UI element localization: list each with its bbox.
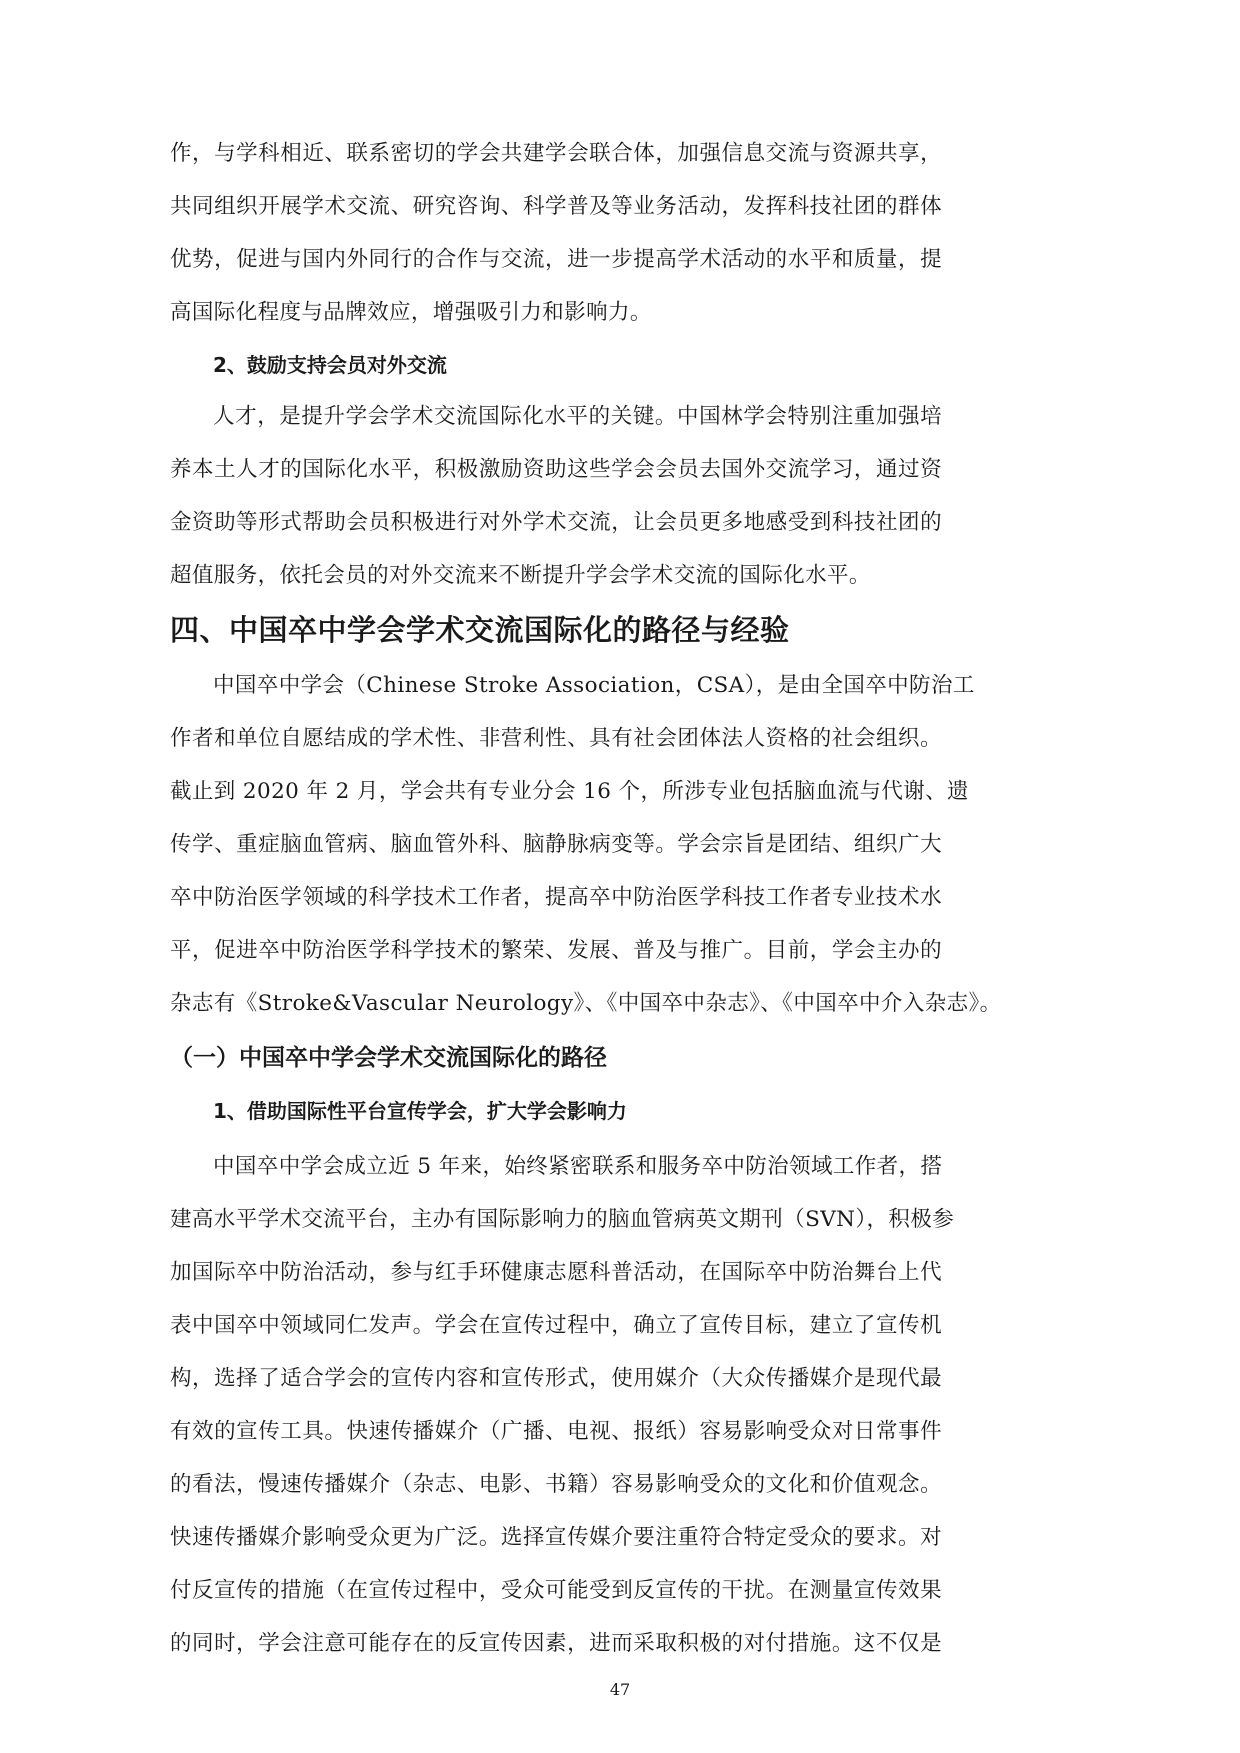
text-line: 截止到 2020 年 2 月，学会共有专业分会 16 个，所涉专业包括脑血流与代… — [170, 777, 942, 807]
text-line: 共同组织开展学术交流、研究咨询、科学普及等业务活动，发挥科技社团的群体 — [170, 192, 942, 222]
text-line: 优势，促进与国内外同行的合作与交流，进一步提高学术活动的水平和质量，提 — [170, 245, 942, 275]
text-line: 作者和单位自愿结成的学术性、非营利性、具有社会团体法人资格的社会组织。 — [170, 724, 942, 754]
text-line: 杂志有《Stroke&Vascular Neurology》、《中国卒中杂志》、… — [170, 989, 942, 1019]
text-line: 的同时，学会注意可能存在的反宣传因素，进而采取积极的对付措施。这不仅是 — [170, 1629, 942, 1659]
text-line: 快速传播媒介影响受众更为广泛。选择宣传媒介要注重符合特定受众的要求。对 — [170, 1523, 942, 1553]
text-line: 中国卒中学会（Chinese Stroke Association，CSA），是… — [170, 671, 942, 701]
text-line: 有效的宣传工具。快速传播媒介（广播、电视、报纸）容易影响受众对日常事件 — [170, 1417, 942, 1447]
text-line: 超值服务，依托会员的对外交流来不断提升学会学术交流的国际化水平。 — [170, 561, 942, 591]
subsection-heading-1: 1、借助国际性平台宣传学会，扩大学会影响力 — [213, 1097, 627, 1125]
text-line: 养本土人才的国际化水平，积极激励资助这些学会会员去国外交流学习，通过资 — [170, 455, 942, 485]
text-line: 高国际化程度与品牌效应，增强吸引力和影响力。 — [170, 298, 942, 328]
text-line: 付反宣传的措施（在宣传过程中，受众可能受到反宣传的干扰。在测量宣传效果 — [170, 1576, 942, 1606]
section-heading-2-1: （一）中国卒中学会学术交流国际化的路径 — [170, 1043, 607, 1073]
text-line: 表中国卒中领域同仁发声。学会在宣传过程中，确立了宣传目标，建立了宣传机 — [170, 1311, 942, 1341]
text-line: 平，促进卒中防治医学科学技术的繁荣、发展、普及与推广。目前，学会主办的 — [170, 936, 942, 966]
text-line: 建高水平学术交流平台，主办有国际影响力的脑血管病英文期刊（SVN），积极参 — [170, 1205, 942, 1235]
page-number: 47 — [0, 1680, 1240, 1700]
subsection-heading-2: 2、鼓励支持会员对外交流 — [213, 351, 447, 379]
text-line: 的看法，慢速传播媒介（杂志、电影、书籍）容易影响受众的文化和价值观念。 — [170, 1470, 942, 1500]
text-line: 构，选择了适合学会的宣传内容和宣传形式，使用媒介（大众传播媒介是现代最 — [170, 1364, 942, 1394]
text-line: 作，与学科相近、联系密切的学会共建学会联合体，加强信息交流与资源共享， — [170, 139, 942, 169]
text-line: 人才，是提升学会学术交流国际化水平的关键。中国林学会特别注重加强培 — [170, 402, 942, 432]
section-heading-4: 四、中国卒中学会学术交流国际化的路径与经验 — [170, 612, 790, 648]
text-line: 金资助等形式帮助会员积极进行对外学术交流，让会员更多地感受到科技社团的 — [170, 508, 942, 538]
text-line: 加国际卒中防治活动，参与红手环健康志愿科普活动，在国际卒中防治舞台上代 — [170, 1258, 942, 1288]
text-line: 中国卒中学会成立近 5 年来，始终紧密联系和服务卒中防治领域工作者，搭 — [170, 1152, 942, 1182]
text-line: 传学、重症脑血管病、脑血管外科、脑静脉病变等。学会宗旨是团结、组织广大 — [170, 830, 942, 860]
text-line: 卒中防治医学领域的科学技术工作者，提高卒中防治医学科技工作者专业技术水 — [170, 883, 942, 913]
